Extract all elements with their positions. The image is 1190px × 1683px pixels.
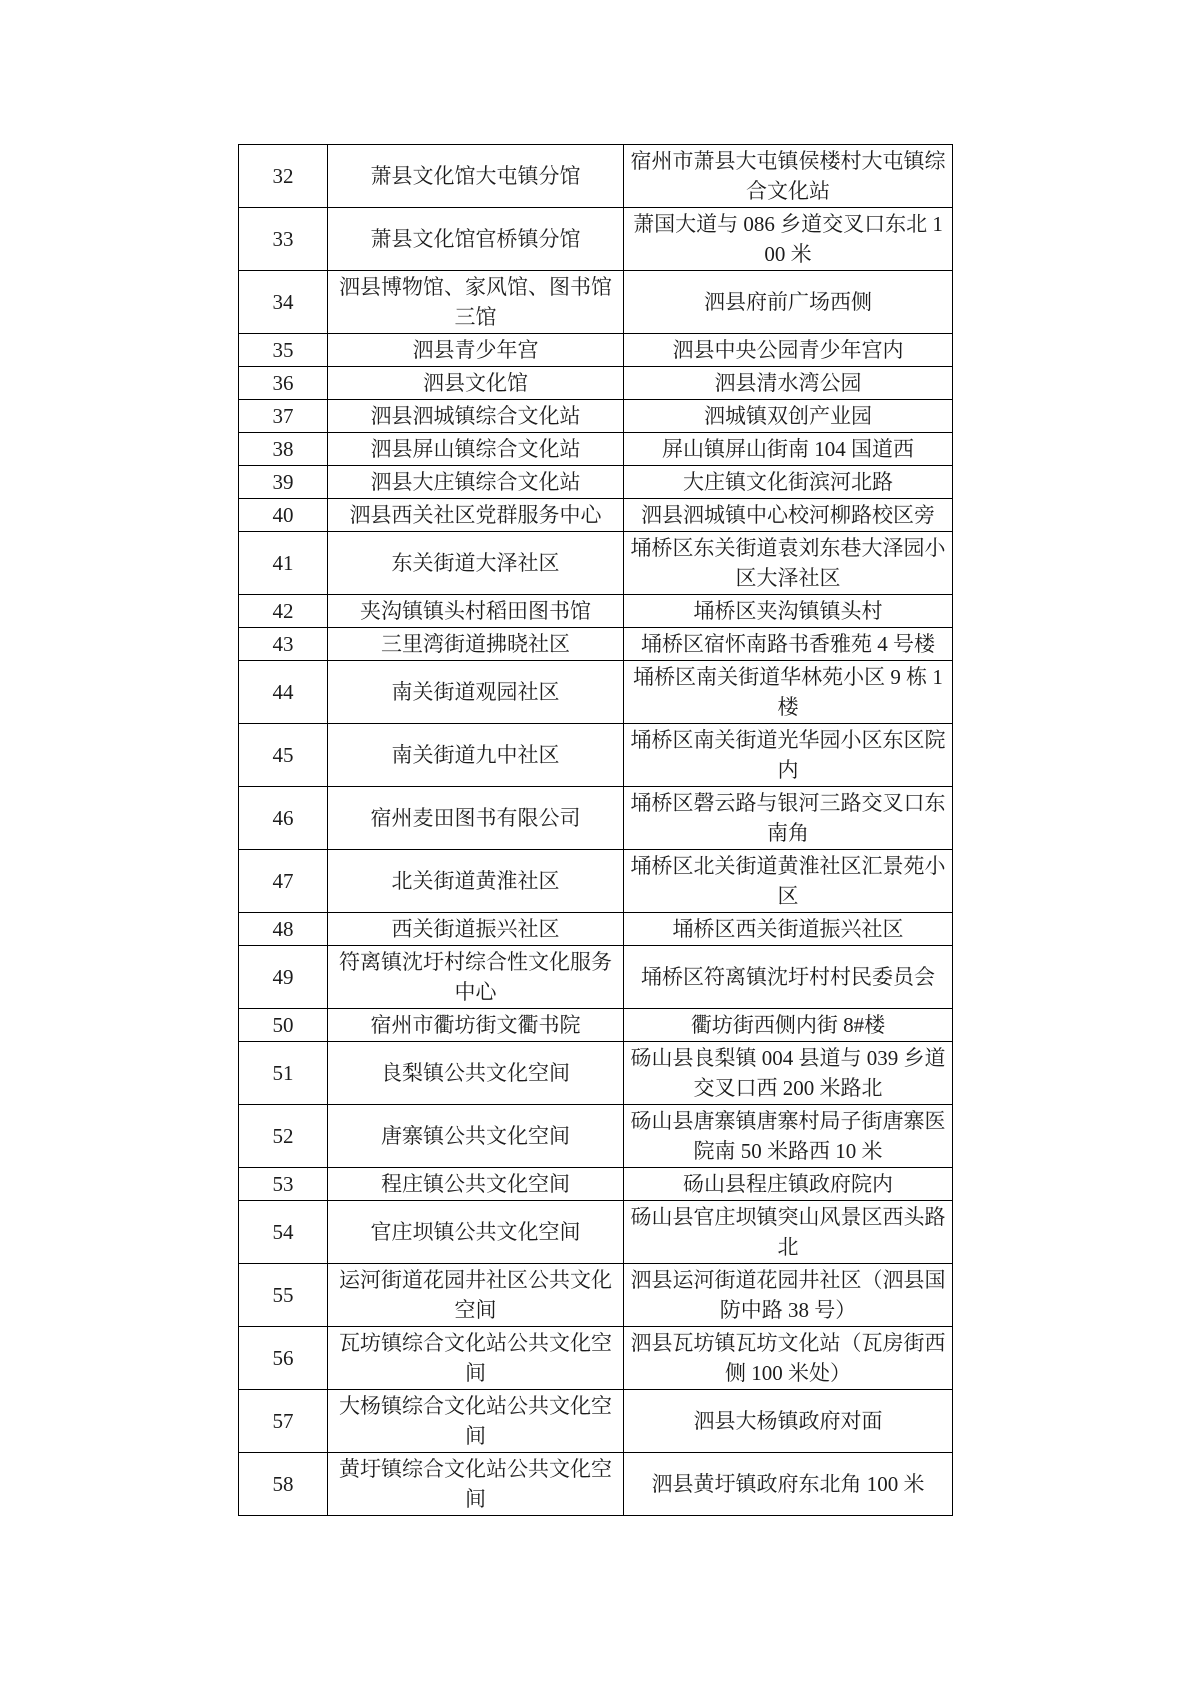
row-number-cell: 52 xyxy=(239,1105,328,1168)
table-row: 50宿州市衢坊街文衢书院衢坊街西侧内街 8#楼 xyxy=(239,1009,953,1042)
facility-address-cell: 砀山县良梨镇 004 县道与 039 乡道交叉口西 200 米路北 xyxy=(624,1042,953,1105)
facility-address-cell: 泗县中央公园青少年宫内 xyxy=(624,334,953,367)
row-number-cell: 46 xyxy=(239,787,328,850)
facility-name-cell: 符离镇沈圩村综合性文化服务中心 xyxy=(328,946,624,1009)
row-number-cell: 44 xyxy=(239,661,328,724)
facility-address-cell: 衢坊街西侧内街 8#楼 xyxy=(624,1009,953,1042)
facility-name-cell: 泗县文化馆 xyxy=(328,367,624,400)
table-row: 34泗县博物馆、家风馆、图书馆三馆泗县府前广场西侧 xyxy=(239,271,953,334)
facility-name-cell: 运河街道花园井社区公共文化空间 xyxy=(328,1264,624,1327)
facility-address-cell: 砀山县官庄坝镇突山风景区西头路北 xyxy=(624,1201,953,1264)
row-number-cell: 47 xyxy=(239,850,328,913)
table-row: 41东关街道大泽社区埇桥区东关街道袁刘东巷大泽园小区大泽社区 xyxy=(239,532,953,595)
table-row: 54官庄坝镇公共文化空间砀山县官庄坝镇突山风景区西头路北 xyxy=(239,1201,953,1264)
facility-address-cell: 泗县清水湾公园 xyxy=(624,367,953,400)
facility-address-cell: 砀山县程庄镇政府院内 xyxy=(624,1168,953,1201)
table-row: 47北关街道黄淮社区埇桥区北关街道黄淮社区汇景苑小区 xyxy=(239,850,953,913)
facility-address-cell: 屏山镇屏山街南 104 国道西 xyxy=(624,433,953,466)
row-number-cell: 48 xyxy=(239,913,328,946)
facility-name-cell: 萧县文化馆大屯镇分馆 xyxy=(328,145,624,208)
facility-address-cell: 埇桥区宿怀南路书香雅苑 4 号楼 xyxy=(624,628,953,661)
facility-name-cell: 宿州麦田图书有限公司 xyxy=(328,787,624,850)
row-number-cell: 43 xyxy=(239,628,328,661)
table-row: 40泗县西关社区党群服务中心泗县泗城镇中心校河柳路校区旁 xyxy=(239,499,953,532)
facility-name-cell: 黄圩镇综合文化站公共文化空间 xyxy=(328,1453,624,1516)
table-row: 44南关街道观园社区埇桥区南关街道华林苑小区 9 栋 1 楼 xyxy=(239,661,953,724)
facility-address-cell: 泗县瓦坊镇瓦坊文化站（瓦房街西侧 100 米处） xyxy=(624,1327,953,1390)
table-row: 46宿州麦田图书有限公司埇桥区磬云路与银河三路交叉口东南角 xyxy=(239,787,953,850)
facility-name-cell: 泗县青少年宫 xyxy=(328,334,624,367)
row-number-cell: 41 xyxy=(239,532,328,595)
table-row: 49符离镇沈圩村综合性文化服务中心埇桥区符离镇沈圩村村民委员会 xyxy=(239,946,953,1009)
table-row: 57大杨镇综合文化站公共文化空间泗县大杨镇政府对面 xyxy=(239,1390,953,1453)
facility-name-cell: 良梨镇公共文化空间 xyxy=(328,1042,624,1105)
facility-address-cell: 埇桥区夹沟镇镇头村 xyxy=(624,595,953,628)
facility-address-cell: 埇桥区北关街道黄淮社区汇景苑小区 xyxy=(624,850,953,913)
row-number-cell: 42 xyxy=(239,595,328,628)
table-row: 53程庄镇公共文化空间砀山县程庄镇政府院内 xyxy=(239,1168,953,1201)
row-number-cell: 58 xyxy=(239,1453,328,1516)
row-number-cell: 57 xyxy=(239,1390,328,1453)
row-number-cell: 54 xyxy=(239,1201,328,1264)
table-row: 33萧县文化馆官桥镇分馆萧国大道与 086 乡道交叉口东北 100 米 xyxy=(239,208,953,271)
row-number-cell: 51 xyxy=(239,1042,328,1105)
facility-address-cell: 泗县运河街道花园井社区（泗县国防中路 38 号） xyxy=(624,1264,953,1327)
table-row: 51良梨镇公共文化空间砀山县良梨镇 004 县道与 039 乡道交叉口西 200… xyxy=(239,1042,953,1105)
row-number-cell: 32 xyxy=(239,145,328,208)
table-row: 58黄圩镇综合文化站公共文化空间泗县黄圩镇政府东北角 100 米 xyxy=(239,1453,953,1516)
facility-address-cell: 埇桥区磬云路与银河三路交叉口东南角 xyxy=(624,787,953,850)
row-number-cell: 39 xyxy=(239,466,328,499)
facility-address-cell: 泗城镇双创产业园 xyxy=(624,400,953,433)
facility-name-cell: 东关街道大泽社区 xyxy=(328,532,624,595)
table-row: 43三里湾街道拂晓社区埇桥区宿怀南路书香雅苑 4 号楼 xyxy=(239,628,953,661)
table-row: 45南关街道九中社区埇桥区南关街道光华园小区东区院内 xyxy=(239,724,953,787)
facility-address-cell: 埇桥区南关街道光华园小区东区院内 xyxy=(624,724,953,787)
facility-address-cell: 埇桥区符离镇沈圩村村民委员会 xyxy=(624,946,953,1009)
facility-address-cell: 泗县大杨镇政府对面 xyxy=(624,1390,953,1453)
table-body: 32萧县文化馆大屯镇分馆宿州市萧县大屯镇侯楼村大屯镇综合文化站33萧县文化馆官桥… xyxy=(239,145,953,1516)
facility-address-cell: 萧国大道与 086 乡道交叉口东北 100 米 xyxy=(624,208,953,271)
facility-address-cell: 泗县泗城镇中心校河柳路校区旁 xyxy=(624,499,953,532)
row-number-cell: 38 xyxy=(239,433,328,466)
table-row: 52唐寨镇公共文化空间砀山县唐寨镇唐寨村局子街唐寨医院南 50 米路西 10 米 xyxy=(239,1105,953,1168)
facility-address-cell: 泗县黄圩镇政府东北角 100 米 xyxy=(624,1453,953,1516)
facility-name-cell: 夹沟镇镇头村稻田图书馆 xyxy=(328,595,624,628)
facility-name-cell: 西关街道振兴社区 xyxy=(328,913,624,946)
table-row: 38泗县屏山镇综合文化站屏山镇屏山街南 104 国道西 xyxy=(239,433,953,466)
row-number-cell: 45 xyxy=(239,724,328,787)
facility-name-cell: 泗县屏山镇综合文化站 xyxy=(328,433,624,466)
facility-name-cell: 程庄镇公共文化空间 xyxy=(328,1168,624,1201)
table-row: 39泗县大庄镇综合文化站大庄镇文化街滨河北路 xyxy=(239,466,953,499)
facility-name-cell: 泗县泗城镇综合文化站 xyxy=(328,400,624,433)
row-number-cell: 36 xyxy=(239,367,328,400)
facilities-table: 32萧县文化馆大屯镇分馆宿州市萧县大屯镇侯楼村大屯镇综合文化站33萧县文化馆官桥… xyxy=(238,144,953,1516)
facility-name-cell: 大杨镇综合文化站公共文化空间 xyxy=(328,1390,624,1453)
facility-name-cell: 萧县文化馆官桥镇分馆 xyxy=(328,208,624,271)
facility-address-cell: 泗县府前广场西侧 xyxy=(624,271,953,334)
facility-name-cell: 唐寨镇公共文化空间 xyxy=(328,1105,624,1168)
facility-address-cell: 埇桥区西关街道振兴社区 xyxy=(624,913,953,946)
row-number-cell: 55 xyxy=(239,1264,328,1327)
document-page: 32萧县文化馆大屯镇分馆宿州市萧县大屯镇侯楼村大屯镇综合文化站33萧县文化馆官桥… xyxy=(0,0,1190,1683)
table-row: 55运河街道花园井社区公共文化空间泗县运河街道花园井社区（泗县国防中路 38 号… xyxy=(239,1264,953,1327)
row-number-cell: 49 xyxy=(239,946,328,1009)
table-row: 42夹沟镇镇头村稻田图书馆埇桥区夹沟镇镇头村 xyxy=(239,595,953,628)
facility-name-cell: 三里湾街道拂晓社区 xyxy=(328,628,624,661)
row-number-cell: 33 xyxy=(239,208,328,271)
row-number-cell: 35 xyxy=(239,334,328,367)
facility-address-cell: 砀山县唐寨镇唐寨村局子街唐寨医院南 50 米路西 10 米 xyxy=(624,1105,953,1168)
facility-name-cell: 官庄坝镇公共文化空间 xyxy=(328,1201,624,1264)
facility-address-cell: 宿州市萧县大屯镇侯楼村大屯镇综合文化站 xyxy=(624,145,953,208)
row-number-cell: 40 xyxy=(239,499,328,532)
table-row: 56瓦坊镇综合文化站公共文化空间泗县瓦坊镇瓦坊文化站（瓦房街西侧 100 米处） xyxy=(239,1327,953,1390)
facility-name-cell: 南关街道观园社区 xyxy=(328,661,624,724)
facility-name-cell: 宿州市衢坊街文衢书院 xyxy=(328,1009,624,1042)
facility-name-cell: 泗县大庄镇综合文化站 xyxy=(328,466,624,499)
table-row: 35泗县青少年宫泗县中央公园青少年宫内 xyxy=(239,334,953,367)
table-row: 36泗县文化馆泗县清水湾公园 xyxy=(239,367,953,400)
facility-name-cell: 北关街道黄淮社区 xyxy=(328,850,624,913)
table-row: 37泗县泗城镇综合文化站泗城镇双创产业园 xyxy=(239,400,953,433)
row-number-cell: 50 xyxy=(239,1009,328,1042)
row-number-cell: 53 xyxy=(239,1168,328,1201)
facility-name-cell: 瓦坊镇综合文化站公共文化空间 xyxy=(328,1327,624,1390)
facility-name-cell: 南关街道九中社区 xyxy=(328,724,624,787)
facility-address-cell: 大庄镇文化街滨河北路 xyxy=(624,466,953,499)
facility-address-cell: 埇桥区东关街道袁刘东巷大泽园小区大泽社区 xyxy=(624,532,953,595)
row-number-cell: 37 xyxy=(239,400,328,433)
facility-name-cell: 泗县西关社区党群服务中心 xyxy=(328,499,624,532)
facility-name-cell: 泗县博物馆、家风馆、图书馆三馆 xyxy=(328,271,624,334)
table-row: 48西关街道振兴社区埇桥区西关街道振兴社区 xyxy=(239,913,953,946)
row-number-cell: 34 xyxy=(239,271,328,334)
table-row: 32萧县文化馆大屯镇分馆宿州市萧县大屯镇侯楼村大屯镇综合文化站 xyxy=(239,145,953,208)
row-number-cell: 56 xyxy=(239,1327,328,1390)
facility-address-cell: 埇桥区南关街道华林苑小区 9 栋 1 楼 xyxy=(624,661,953,724)
